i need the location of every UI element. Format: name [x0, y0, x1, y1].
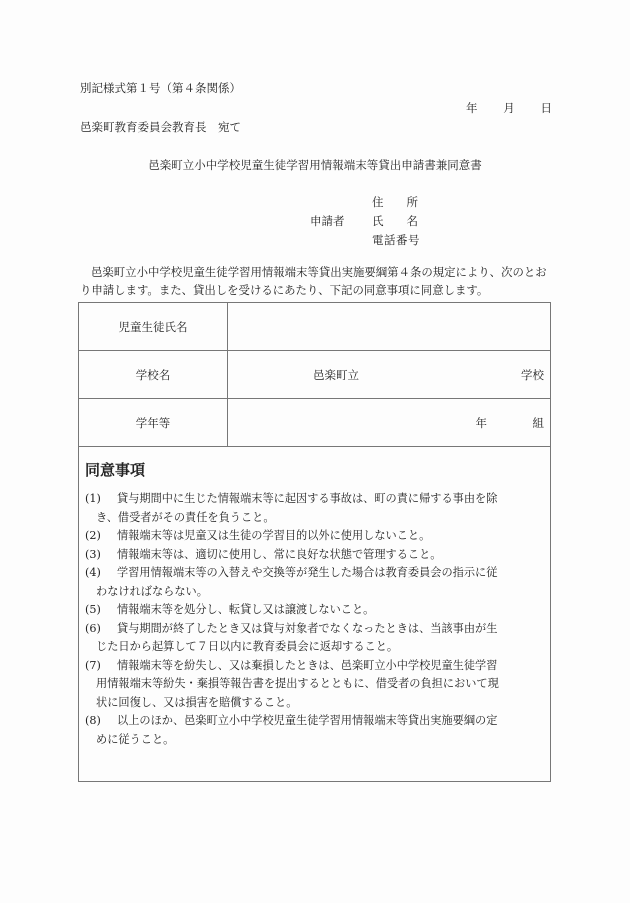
- consent-item-text: き、借受者がその責任を負うこと。: [85, 509, 275, 528]
- consent-item: (3)情報端末等は、適切に使用し、常に良好な状態で管理すること。: [85, 546, 544, 565]
- consent-item-number: (6): [85, 620, 111, 639]
- consent-item: じた日から起算して７日以内に教育委員会に返却すること。: [85, 638, 544, 657]
- school-suffix: 学校: [521, 367, 544, 383]
- consent-heading: 同意事項: [85, 459, 544, 480]
- address-label-2: 所: [407, 194, 419, 210]
- phone-label: 電話番号: [372, 232, 418, 248]
- consent-item-number: (4): [85, 564, 111, 583]
- consent-item: わなければならない。: [85, 583, 544, 602]
- consent-item: (4)学習用情報端末等の入替えや交換等が発生した場合は教育委員会の指示に従: [85, 564, 544, 583]
- date-year: 年: [466, 100, 478, 116]
- consent-item-text: 以上のほか、邑楽町立小中学校児童生徒学習用情報端末等貸出実施要綱の定: [111, 712, 544, 731]
- consent-item-text: めに従うこと。: [85, 731, 174, 750]
- document-title: 邑楽町立小中学校児童生徒学習用情報端末等貸出申請書兼同意書: [0, 157, 630, 173]
- consent-list: (1)貸与期間中に生じた情報端末等に起因する事故は、町の責に帰する事由を除き、借…: [85, 490, 544, 749]
- consent-item-number: (5): [85, 601, 111, 620]
- student-name-label: 児童生徒氏名: [79, 303, 228, 350]
- name-label: 氏 名: [372, 213, 418, 229]
- consent-item: (5)情報端末等を処分し、転貸し又は譲渡しないこと。: [85, 601, 544, 620]
- consent-item-text: 情報端末等は、適切に使用し、常に良好な状態で管理すること。: [111, 546, 544, 565]
- consent-item-text: 貸与期間中に生じた情報端末等に起因する事故は、町の責に帰する事由を除: [111, 490, 544, 509]
- consent-item-text: 情報端末等を紛失し、又は棄損したときは、邑楽町立小中学校児童生徒学習: [111, 657, 544, 676]
- grade-class: 組: [533, 415, 545, 431]
- form-number: 別記様式第１号（第４条関係）: [80, 80, 241, 96]
- name-label-1: 氏: [372, 213, 384, 229]
- consent-item: (6)貸与期間が終了したとき又は貸与対象者でなくなったときは、当該事由が生: [85, 620, 544, 639]
- consent-item-number: (7): [85, 657, 111, 676]
- consent-item-text: 状に回復し、又は損害を賠償すること。: [85, 694, 297, 713]
- consent-item: (8)以上のほか、邑楽町立小中学校児童生徒学習用情報端末等貸出実施要綱の定: [85, 712, 544, 731]
- student-name-field[interactable]: [228, 303, 550, 350]
- consent-item-number: (1): [85, 490, 111, 509]
- grade-label: 学年等: [79, 399, 228, 446]
- addressee: 邑楽町教育委員会教育長 宛て: [80, 119, 241, 135]
- consent-item-text: 情報端末等を処分し、転貸し又は譲渡しないこと。: [111, 601, 544, 620]
- table-row-grade: 学年等 年 組: [79, 399, 550, 447]
- consent-item-text: 情報端末等は児童又は生徒の学習目的以外に使用しないこと。: [111, 527, 544, 546]
- consent-item: 状に回復し、又は損害を賠償すること。: [85, 694, 544, 713]
- consent-item-number: (8): [85, 712, 111, 731]
- consent-section: 同意事項 (1)貸与期間中に生じた情報端末等に起因する事故は、町の責に帰する事由…: [79, 447, 550, 749]
- school-field[interactable]: 邑楽町立 学校: [228, 351, 550, 398]
- grade-field[interactable]: 年 組: [228, 399, 550, 446]
- date-month: 月: [503, 100, 515, 116]
- consent-item: 用情報端末等紛失・棄損等報告書を提出するとともに、借受者の負担において現: [85, 675, 544, 694]
- consent-item: (7)情報端末等を紛失し、又は棄損したときは、邑楽町立小中学校児童生徒学習: [85, 657, 544, 676]
- consent-item-text: わなければならない。: [85, 583, 208, 602]
- consent-item: めに従うこと。: [85, 731, 544, 750]
- application-table: 児童生徒氏名 学校名 邑楽町立 学校 学年等 年 組 同意事項 (1)貸与期間中…: [78, 302, 551, 782]
- school-prefix: 邑楽町立: [313, 367, 359, 383]
- intro-paragraph: 邑楽町立小中学校児童生徒学習用情報端末等貸出実施要綱第４条の規定により、次のとお…: [80, 263, 554, 299]
- consent-item-number: (2): [85, 527, 111, 546]
- address-label-1: 住: [372, 194, 384, 210]
- name-label-2: 名: [407, 213, 419, 229]
- date-day: 日: [541, 100, 553, 116]
- consent-item-text: 用情報端末等紛失・棄損等報告書を提出するとともに、借受者の負担において現: [85, 675, 499, 694]
- consent-item: き、借受者がその責任を負うこと。: [85, 509, 544, 528]
- consent-item: (2)情報端末等は児童又は生徒の学習目的以外に使用しないこと。: [85, 527, 544, 546]
- school-label: 学校名: [79, 351, 228, 398]
- table-row-school: 学校名 邑楽町立 学校: [79, 351, 550, 399]
- consent-item-text: 貸与期間が終了したとき又は貸与対象者でなくなったときは、当該事由が生: [111, 620, 544, 639]
- address-label: 住 所: [372, 194, 418, 210]
- table-row-student-name: 児童生徒氏名: [79, 303, 550, 351]
- consent-item-text: 学習用情報端末等の入替えや交換等が発生した場合は教育委員会の指示に従: [111, 564, 544, 583]
- consent-item-text: じた日から起算して７日以内に教育委員会に返却すること。: [85, 638, 398, 657]
- applicant-block: 住 所 申請者 氏 名 電話番号: [310, 192, 418, 249]
- applicant-label: 申請者: [310, 213, 372, 229]
- consent-item: (1)貸与期間中に生じた情報端末等に起因する事故は、町の責に帰する事由を除: [85, 490, 544, 509]
- date-line: 年 月 日: [466, 100, 552, 116]
- grade-year: 年: [476, 415, 488, 431]
- consent-item-number: (3): [85, 546, 111, 565]
